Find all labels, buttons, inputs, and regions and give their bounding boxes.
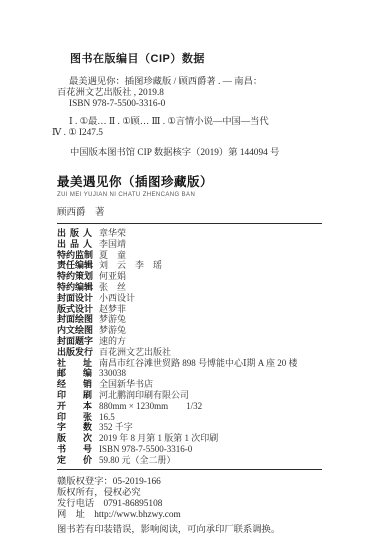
row-value: 330038	[99, 368, 126, 379]
publication-row: 定价 59.80 元（全二册）	[57, 455, 325, 466]
row-value: ISBN 978-7-5500-3316-0	[99, 444, 192, 455]
row-label: 版式设计	[57, 304, 92, 315]
row-label: 社址	[57, 358, 92, 369]
row-value: 河北鹏润印刷有限公司	[99, 390, 189, 401]
row-label: 特约策划	[57, 271, 92, 282]
row-label: 书号	[57, 444, 92, 455]
cip-line: 最美遇见你：插图珍藏版 / 顾西爵著 . — 南昌：	[57, 77, 325, 88]
publication-info-table: 出版人 章华荣 出品人 李国靖 特约监制 夏 童 责任编辑 刘 云 李 瑶 特约…	[57, 228, 325, 466]
publication-row: 出版人 章华荣	[57, 228, 325, 239]
row-value: 352 千字	[99, 422, 133, 433]
row-label: 出版发行	[57, 347, 92, 358]
row-label: 内文绘图	[57, 325, 92, 336]
publication-row: 经销 全国新华书店	[57, 379, 325, 390]
book-author: 顾西爵 著	[57, 204, 325, 218]
publication-row: 出品人 李国靖	[57, 239, 325, 250]
publication-row: 社址 南昌市红谷滩世贸路 898 号博能中心Ⅰ期 A 座 20 楼	[57, 358, 325, 369]
footer-line: 赣版权登字：05-2019-166	[57, 477, 325, 488]
row-value: 南昌市红谷滩世贸路 898 号博能中心Ⅰ期 A 座 20 楼	[99, 358, 298, 369]
row-value: 夏 童	[99, 250, 126, 261]
row-value: 16.5	[99, 412, 115, 423]
row-label: 封面题字	[57, 336, 92, 347]
row-value: 2019 年 8 月第 1 版第 1 次印刷	[99, 433, 218, 444]
row-value: 张 丝	[99, 282, 126, 293]
publication-row: 特约编辑 张 丝	[57, 282, 325, 293]
row-label: 开本	[57, 401, 92, 412]
row-label: 出品人	[57, 239, 92, 250]
footer-line: 图书若有印装错误，影响阅读，可向承印厂联系调换。	[57, 525, 325, 536]
copyright-footer: 赣版权登字：05-2019-166版权所有，侵权必究发行电话 0791-8689…	[57, 477, 325, 536]
row-value: 梦游兔	[99, 314, 126, 325]
publication-row: 版式设计 赵梦菲	[57, 304, 325, 315]
publication-row: 版次 2019 年 8 月第 1 版第 1 次印刷	[57, 433, 325, 444]
row-value: 速的方	[99, 336, 126, 347]
row-value: 880mm × 1230mm 1/32	[99, 401, 202, 412]
row-label: 出版人	[57, 228, 92, 239]
row-label: 版次	[57, 433, 92, 444]
row-label: 印刷	[57, 390, 92, 401]
row-value: 何亚娟	[99, 271, 126, 282]
publication-row: 特约策划 何亚娟	[57, 271, 325, 282]
cip-classification-block: Ⅰ . ①最… Ⅱ . ①顾… Ⅲ . ①言情小说—中国—当代Ⅳ . ① I24…	[57, 117, 325, 139]
copyright-page: 图书在版编目（CIP）数据 最美遇见你：插图珍藏版 / 顾西爵著 . — 南昌：…	[0, 0, 375, 557]
cip-line: Ⅰ . ①最… Ⅱ . ①顾… Ⅲ . ①言情小说—中国—当代	[57, 117, 325, 128]
row-value: 百花洲文艺出版社	[99, 347, 171, 358]
publication-row: 印刷 河北鹏润印刷有限公司	[57, 390, 325, 401]
row-value: 章华荣	[99, 228, 126, 239]
row-label: 特约监制	[57, 250, 92, 261]
row-value: 梦游兔	[99, 325, 126, 336]
publication-row: 封面设计 小西设计	[57, 293, 325, 304]
divider-bottom	[57, 469, 322, 470]
publication-row: 封面题字 速的方	[57, 336, 325, 347]
row-value: 全国新华书店	[99, 379, 153, 390]
row-value: 59.80 元（全二册）	[99, 455, 176, 466]
publication-row: 印张 16.5	[57, 412, 325, 423]
row-label: 邮编	[57, 368, 92, 379]
book-title-block: 最美遇见你（插图珍藏版） ZUI MEI YUJIAN NI CHATU ZHE…	[57, 172, 325, 218]
publication-row: 封面绘图 梦游兔	[57, 314, 325, 325]
publication-row: 特约监制 夏 童	[57, 250, 325, 261]
cip-line: ISBN 978-7-5500-3316-0	[57, 99, 325, 110]
row-label: 责任编辑	[57, 260, 92, 271]
publication-row: 出版发行 百花洲文艺出版社	[57, 347, 325, 358]
row-label: 封面设计	[57, 293, 92, 304]
book-title-pinyin: ZUI MEI YUJIAN NI CHATU ZHENCANG BAN	[57, 192, 325, 198]
row-value: 小西设计	[99, 293, 135, 304]
publication-row: 邮编 330038	[57, 368, 325, 379]
cip-line: 百花洲文艺出版社 , 2019.8	[57, 88, 325, 99]
row-value: 赵梦菲	[99, 304, 126, 315]
footer-line: 版权所有，侵权必究	[57, 488, 325, 499]
cip-heading: 图书在版编目（CIP）数据	[70, 50, 325, 66]
row-label: 特约编辑	[57, 282, 92, 293]
divider-top	[57, 223, 322, 224]
row-label: 封面绘图	[57, 314, 92, 325]
publication-row: 责任编辑 刘 云 李 瑶	[57, 260, 325, 271]
footer-line: 发行电话 0791-86895108	[57, 499, 325, 510]
row-label: 字数	[57, 422, 92, 433]
book-title: 最美遇见你（插图珍藏版）	[57, 172, 325, 190]
cip-line: Ⅳ . ① I247.5	[52, 128, 325, 139]
publication-row: 内文绘图 梦游兔	[57, 325, 325, 336]
row-label: 定价	[57, 455, 92, 466]
row-value: 李国靖	[99, 239, 126, 250]
cip-record-number: 中国版本图书馆 CIP 数据核字（2019）第 144094 号	[70, 148, 325, 159]
cip-description-block: 最美遇见你：插图珍藏版 / 顾西爵著 . — 南昌：百花洲文艺出版社 , 201…	[57, 77, 325, 110]
publication-row: 开本 880mm × 1230mm 1/32	[57, 401, 325, 412]
row-label: 经销	[57, 379, 92, 390]
publication-row: 字数 352 千字	[57, 422, 325, 433]
footer-line: 网 址 http://www.bhzwy.com	[57, 510, 325, 521]
row-value: 刘 云 李 瑶	[99, 260, 162, 271]
publication-row: 书号 ISBN 978-7-5500-3316-0	[57, 444, 325, 455]
row-label: 印张	[57, 412, 92, 423]
